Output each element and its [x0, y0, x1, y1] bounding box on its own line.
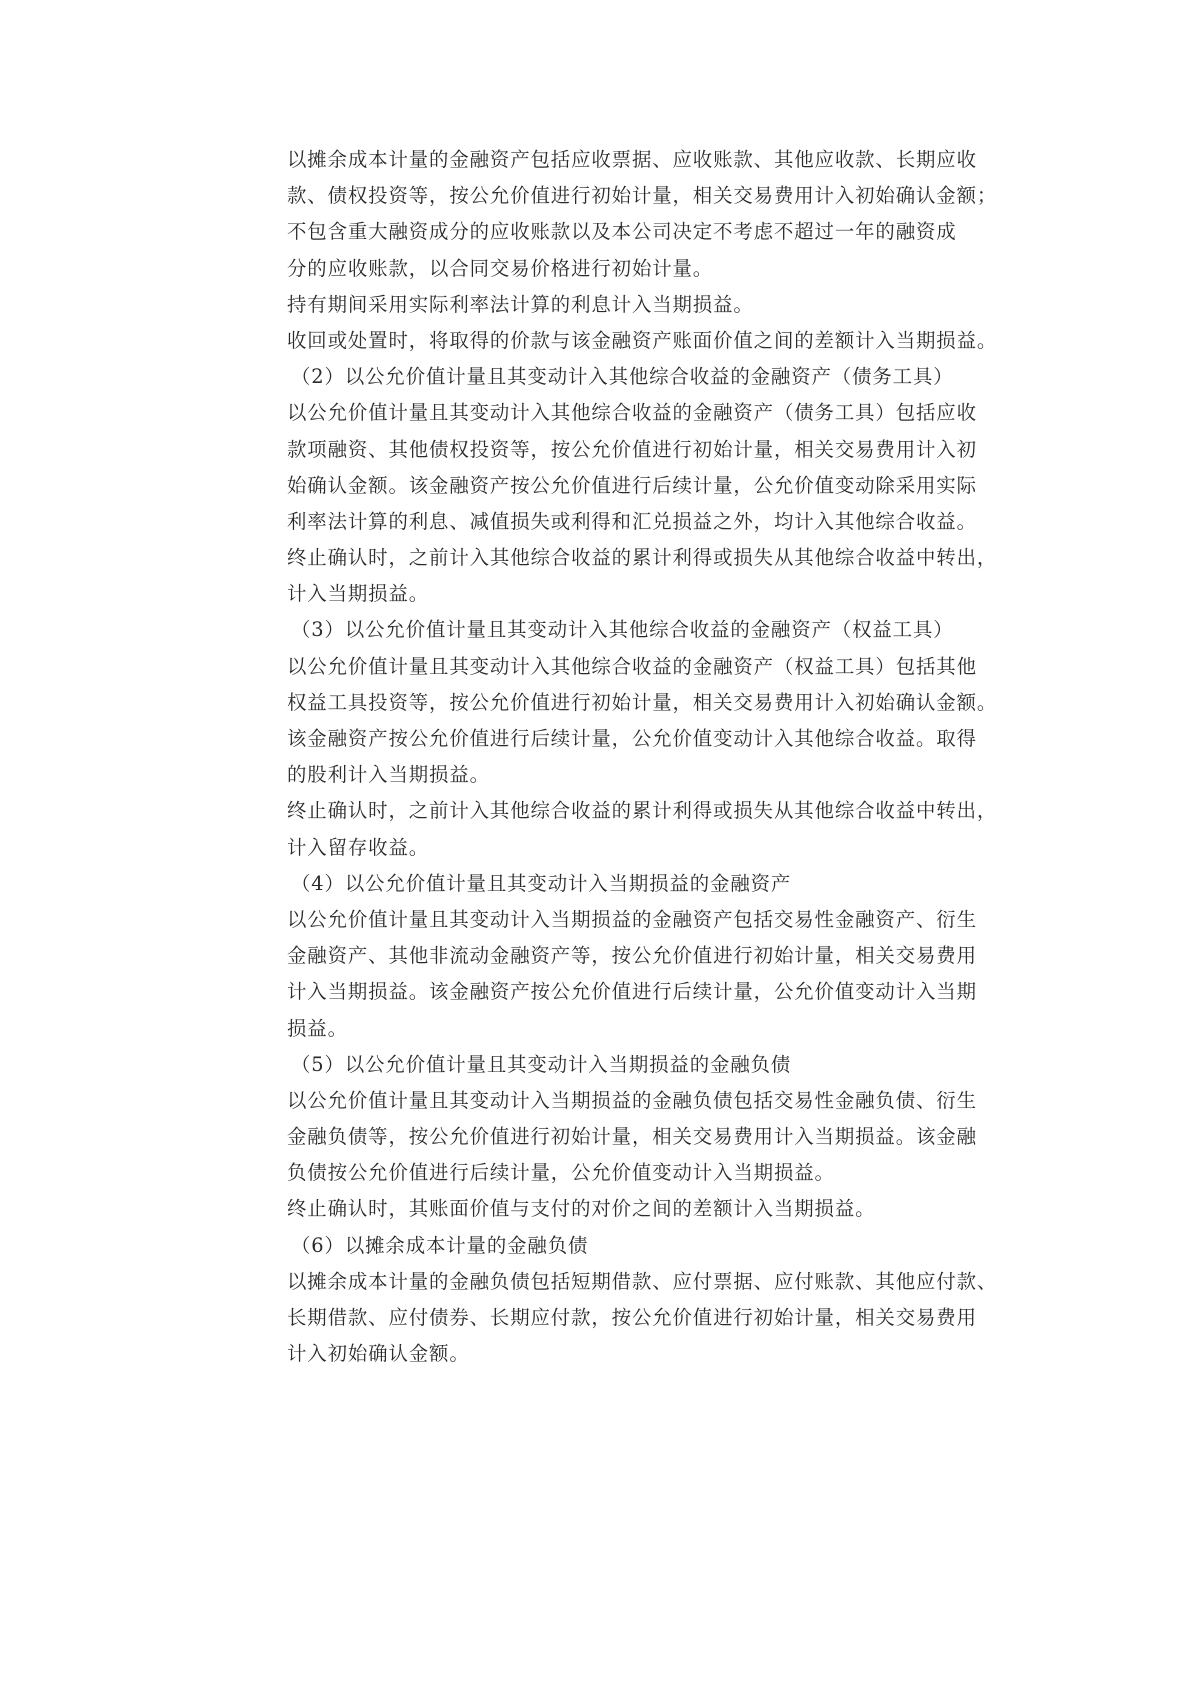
paragraph-line: 以摊余成本计量的金融资产包括应收票据、应收账款、其他应收款、长期应收: [287, 142, 987, 178]
paragraph-line: 终止确认时，其账面价值与支付的对价之间的差额计入当期损益。: [287, 1191, 987, 1227]
section-heading-3: （3）以公允价值计量且其变动计入其他综合收益的金融资产（权益工具）: [287, 612, 987, 648]
section-heading-4: （4）以公允价值计量且其变动计入当期损益的金融资产: [287, 866, 987, 902]
paragraph-line: 计入当期损益。: [287, 576, 987, 612]
paragraph-line: 长期借款、应付债券、长期应付款，按公允价值进行初始计量，相关交易费用: [287, 1300, 987, 1336]
paragraph-line: 终止确认时，之前计入其他综合收益的累计利得或损失从其他综合收益中转出，: [287, 540, 987, 576]
paragraph-line: 款、债权投资等，按公允价值进行初始计量，相关交易费用计入初始确认金额；: [287, 178, 987, 214]
paragraph-line: 以公允价值计量且其变动计入其他综合收益的金融资产（债务工具）包括应收: [287, 395, 987, 431]
paragraph-line: 的股利计入当期损益。: [287, 757, 987, 793]
paragraph-line: 负债按公允价值进行后续计量，公允价值变动计入当期损益。: [287, 1155, 987, 1191]
paragraph-line: 该金融资产按公允价值进行后续计量，公允价值变动计入其他综合收益。取得: [287, 721, 987, 757]
paragraph-line: 款项融资、其他债权投资等，按公允价值进行初始计量，相关交易费用计入初: [287, 432, 987, 468]
document-page: 以摊余成本计量的金融资产包括应收票据、应收账款、其他应收款、长期应收 款、债权投…: [287, 142, 987, 1372]
section-heading-2: （2）以公允价值计量且其变动计入其他综合收益的金融资产（债务工具）: [287, 359, 987, 395]
paragraph-line: 权益工具投资等，按公允价值进行初始计量，相关交易费用计入初始确认金额。: [287, 685, 987, 721]
paragraph-line: 始确认金额。该金融资产按公允价值进行后续计量，公允价值变动除采用实际: [287, 468, 987, 504]
paragraph-line: 金融资产、其他非流动金融资产等，按公允价值进行初始计量，相关交易费用: [287, 938, 987, 974]
paragraph-line: 以公允价值计量且其变动计入当期损益的金融资产包括交易性金融资产、衍生: [287, 902, 987, 938]
paragraph-line: 利率法计算的利息、减值损失或利得和汇兑损益之外，均计入其他综合收益。: [287, 504, 987, 540]
paragraph-line: 计入留存收益。: [287, 830, 987, 866]
paragraph-line: 不包含重大融资成分的应收账款以及本公司决定不考虑不超过一年的融资成: [287, 214, 987, 250]
paragraph-line: 收回或处置时，将取得的价款与该金融资产账面价值之间的差额计入当期损益。: [287, 323, 987, 359]
paragraph-line: 持有期间采用实际利率法计算的利息计入当期损益。: [287, 287, 987, 323]
paragraph-line: 以公允价值计量且其变动计入其他综合收益的金融资产（权益工具）包括其他: [287, 649, 987, 685]
section-heading-5: （5）以公允价值计量且其变动计入当期损益的金融负债: [287, 1047, 987, 1083]
paragraph-line: 以公允价值计量且其变动计入当期损益的金融负债包括交易性金融负债、衍生: [287, 1083, 987, 1119]
section-heading-6: （6）以摊余成本计量的金融负债: [287, 1228, 987, 1264]
paragraph-line: 分的应收账款，以合同交易价格进行初始计量。: [287, 251, 987, 287]
paragraph-line: 金融负债等，按公允价值进行初始计量，相关交易费用计入当期损益。该金融: [287, 1119, 987, 1155]
paragraph-line: 计入当期损益。该金融资产按公允价值进行后续计量，公允价值变动计入当期: [287, 974, 987, 1010]
paragraph-line: 损益。: [287, 1011, 987, 1047]
paragraph-line: 以摊余成本计量的金融负债包括短期借款、应付票据、应付账款、其他应付款、: [287, 1264, 987, 1300]
paragraph-line: 终止确认时，之前计入其他综合收益的累计利得或损失从其他综合收益中转出，: [287, 793, 987, 829]
paragraph-line: 计入初始确认金额。: [287, 1336, 987, 1372]
